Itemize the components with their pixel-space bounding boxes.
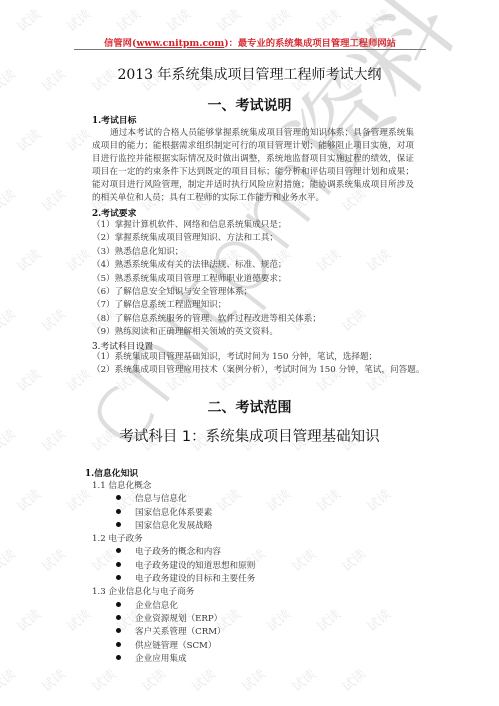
outline-item: 电子政务的概念和内容 xyxy=(88,546,255,559)
bullet-icon xyxy=(116,642,121,647)
list-item: （4）熟悉系统集成有关的法律法规、标准、规范； xyxy=(92,259,321,272)
watermark-tile: 试读 xyxy=(62,124,94,155)
goal-text: 通过本考试的合格人员能够掌握系统集成项目管理的知识体系；具备管理系统集成项目的能… xyxy=(92,128,414,203)
watermark-tile: 试读 xyxy=(87,664,119,695)
list-item: （8）了解信息系统服务的管理、软件过程改进等相关体系； xyxy=(92,313,321,326)
watermark-tile: 试读 xyxy=(12,244,44,275)
outline-item: 电子政务建设的目标和主要任务 xyxy=(88,573,255,586)
watermark-tile: 试读 xyxy=(287,664,319,695)
watermark-tile: 试读 xyxy=(337,544,369,575)
outline-item: 客户关系管理（CRM） xyxy=(88,626,255,639)
watermark-tile: 试读 xyxy=(212,4,244,35)
outline-item: 企业信息化 xyxy=(88,600,255,613)
watermark-tile: 试读 xyxy=(0,544,19,575)
watermark-tile: 试读 xyxy=(337,664,369,695)
header-tagline: )：最专业的系统集成项目管理工程师网站 xyxy=(224,38,396,49)
outline-heading: 1.信息化知识 xyxy=(85,466,255,480)
watermark-tile: 试读 xyxy=(312,604,344,635)
outline-item: 国家信息化体系要素 xyxy=(88,507,255,520)
subjects-list: （1）系统集成项目管理基础知识，考试时间为 150 分钟，笔试，选择题； （2）… xyxy=(92,351,424,378)
watermark-tile: 试读 xyxy=(12,364,44,395)
section1-heading: 一、考试说明 xyxy=(0,95,499,115)
watermark-tile: 试读 xyxy=(12,484,44,515)
outline-group-title: 1.3 企业信息化与电子商务 xyxy=(88,586,255,599)
syllabus-outline: 1.信息化知识 1.1 信息化概念 信息与信息化 国家信息化体系要素 国家信息化… xyxy=(88,466,255,666)
watermark-tile: 试读 xyxy=(12,124,44,155)
watermark-tile: 试读 xyxy=(112,4,144,35)
watermark-tile: 试读 xyxy=(362,604,394,635)
bullet-icon xyxy=(116,562,121,567)
list-item: （6）了解信息安全知识与安全管理体系； xyxy=(92,286,321,299)
watermark-tile: 试读 xyxy=(0,184,19,215)
subject1-heading: 考试科目 1：系统集成项目管理基础知识 xyxy=(0,425,499,446)
bullet-icon xyxy=(116,509,121,514)
list-item: （2）掌握系统集成项目管理知识、方法和工具； xyxy=(92,232,321,245)
list-item: （2）系统集成项目管理应用技术（案例分析），考试时间为 150 分钟，笔试，问答… xyxy=(92,364,424,377)
goal-heading: 1.考试目标 xyxy=(92,113,136,126)
header-divider xyxy=(74,49,426,50)
watermark-tile: 试读 xyxy=(12,604,44,635)
watermark-tile: 试读 xyxy=(137,664,169,695)
document-title: 2013 年系统集成项目管理工程师考试大纲 xyxy=(0,64,499,84)
outline-item: 信息与信息化 xyxy=(88,493,255,506)
watermark-tile: 试读 xyxy=(187,664,219,695)
watermark-tile: 试读 xyxy=(362,484,394,515)
bullet-icon xyxy=(116,495,121,500)
bullet-icon xyxy=(116,615,121,620)
watermark-tile: 试读 xyxy=(262,4,294,35)
page-header: 信管网(www.cnitpm.com)：最专业的系统集成项目管理工程师网站 xyxy=(74,35,426,49)
bullet-icon xyxy=(116,655,121,660)
bullet-icon xyxy=(116,602,121,607)
watermark-tile: 试读 xyxy=(262,484,294,515)
outline-group-title: 1.1 信息化概念 xyxy=(88,480,255,493)
outline-item: 企业资源规划（ERP） xyxy=(88,613,255,626)
list-item: （7）了解信息系统工程监理知识； xyxy=(92,299,321,312)
watermark-tile: 试读 xyxy=(37,664,69,695)
bullet-icon xyxy=(116,522,121,527)
watermark-tile: 试读 xyxy=(62,4,94,35)
list-item: （1）系统集成项目管理基础知识，考试时间为 150 分钟，笔试，选择题； xyxy=(92,351,424,364)
outline-item: 国家信息化发展战略 xyxy=(88,520,255,533)
requirements-list: （1）掌握计算机软件、网络和信息系统集成只是； （2）掌握系统集成项目管理知识、… xyxy=(92,219,321,340)
watermark-tile: 试读 xyxy=(37,544,69,575)
goal-paragraph: 通过本考试的合格人员能够掌握系统集成项目管理的知识体系；具备管理系统集成项目的能… xyxy=(92,127,414,205)
section2-heading: 二、考试范围 xyxy=(0,397,499,417)
list-item: （5）熟悉系统集成项目管理工程师职业道德要求； xyxy=(92,273,321,286)
bullet-icon xyxy=(116,548,121,553)
outline-item: 供应链管理（SCM） xyxy=(88,640,255,653)
watermark-tile: 试读 xyxy=(62,244,94,275)
watermark-tile: 试读 xyxy=(37,184,69,215)
watermark-tile: 试读 xyxy=(12,4,44,35)
watermark-tile: 试读 xyxy=(237,664,269,695)
bullet-icon xyxy=(116,628,121,633)
list-item: （9）熟练阅读和正确理解相关领域的英文资料。 xyxy=(92,326,321,339)
requirements-heading: 2.考试要求 xyxy=(92,206,136,219)
outline-item: 企业应用集成 xyxy=(88,653,255,666)
bullet-icon xyxy=(116,575,121,580)
watermark-tile: 试读 xyxy=(0,304,19,335)
header-site-name: 信管网( xyxy=(104,38,136,49)
list-item: （1）掌握计算机软件、网络和信息系统集成只是； xyxy=(92,219,321,232)
watermark-tile: 试读 xyxy=(312,484,344,515)
header-site-link[interactable]: www.cnitpm.com xyxy=(136,38,224,49)
watermark-tile: 试读 xyxy=(162,4,194,35)
outline-item: 电子政务建设的知道思想和原则 xyxy=(88,560,255,573)
outline-group-title: 1.2 电子政务 xyxy=(88,533,255,546)
watermark-tile: 试读 xyxy=(37,304,69,335)
list-item: （3）熟悉信息化知识； xyxy=(92,246,321,259)
watermark-tile: 试读 xyxy=(287,544,319,575)
watermark-tile: 试读 xyxy=(0,664,19,695)
watermark-tile: 试读 xyxy=(262,604,294,635)
watermark-tile: 试读 xyxy=(337,304,369,335)
watermark-tile: 试读 xyxy=(362,244,394,275)
